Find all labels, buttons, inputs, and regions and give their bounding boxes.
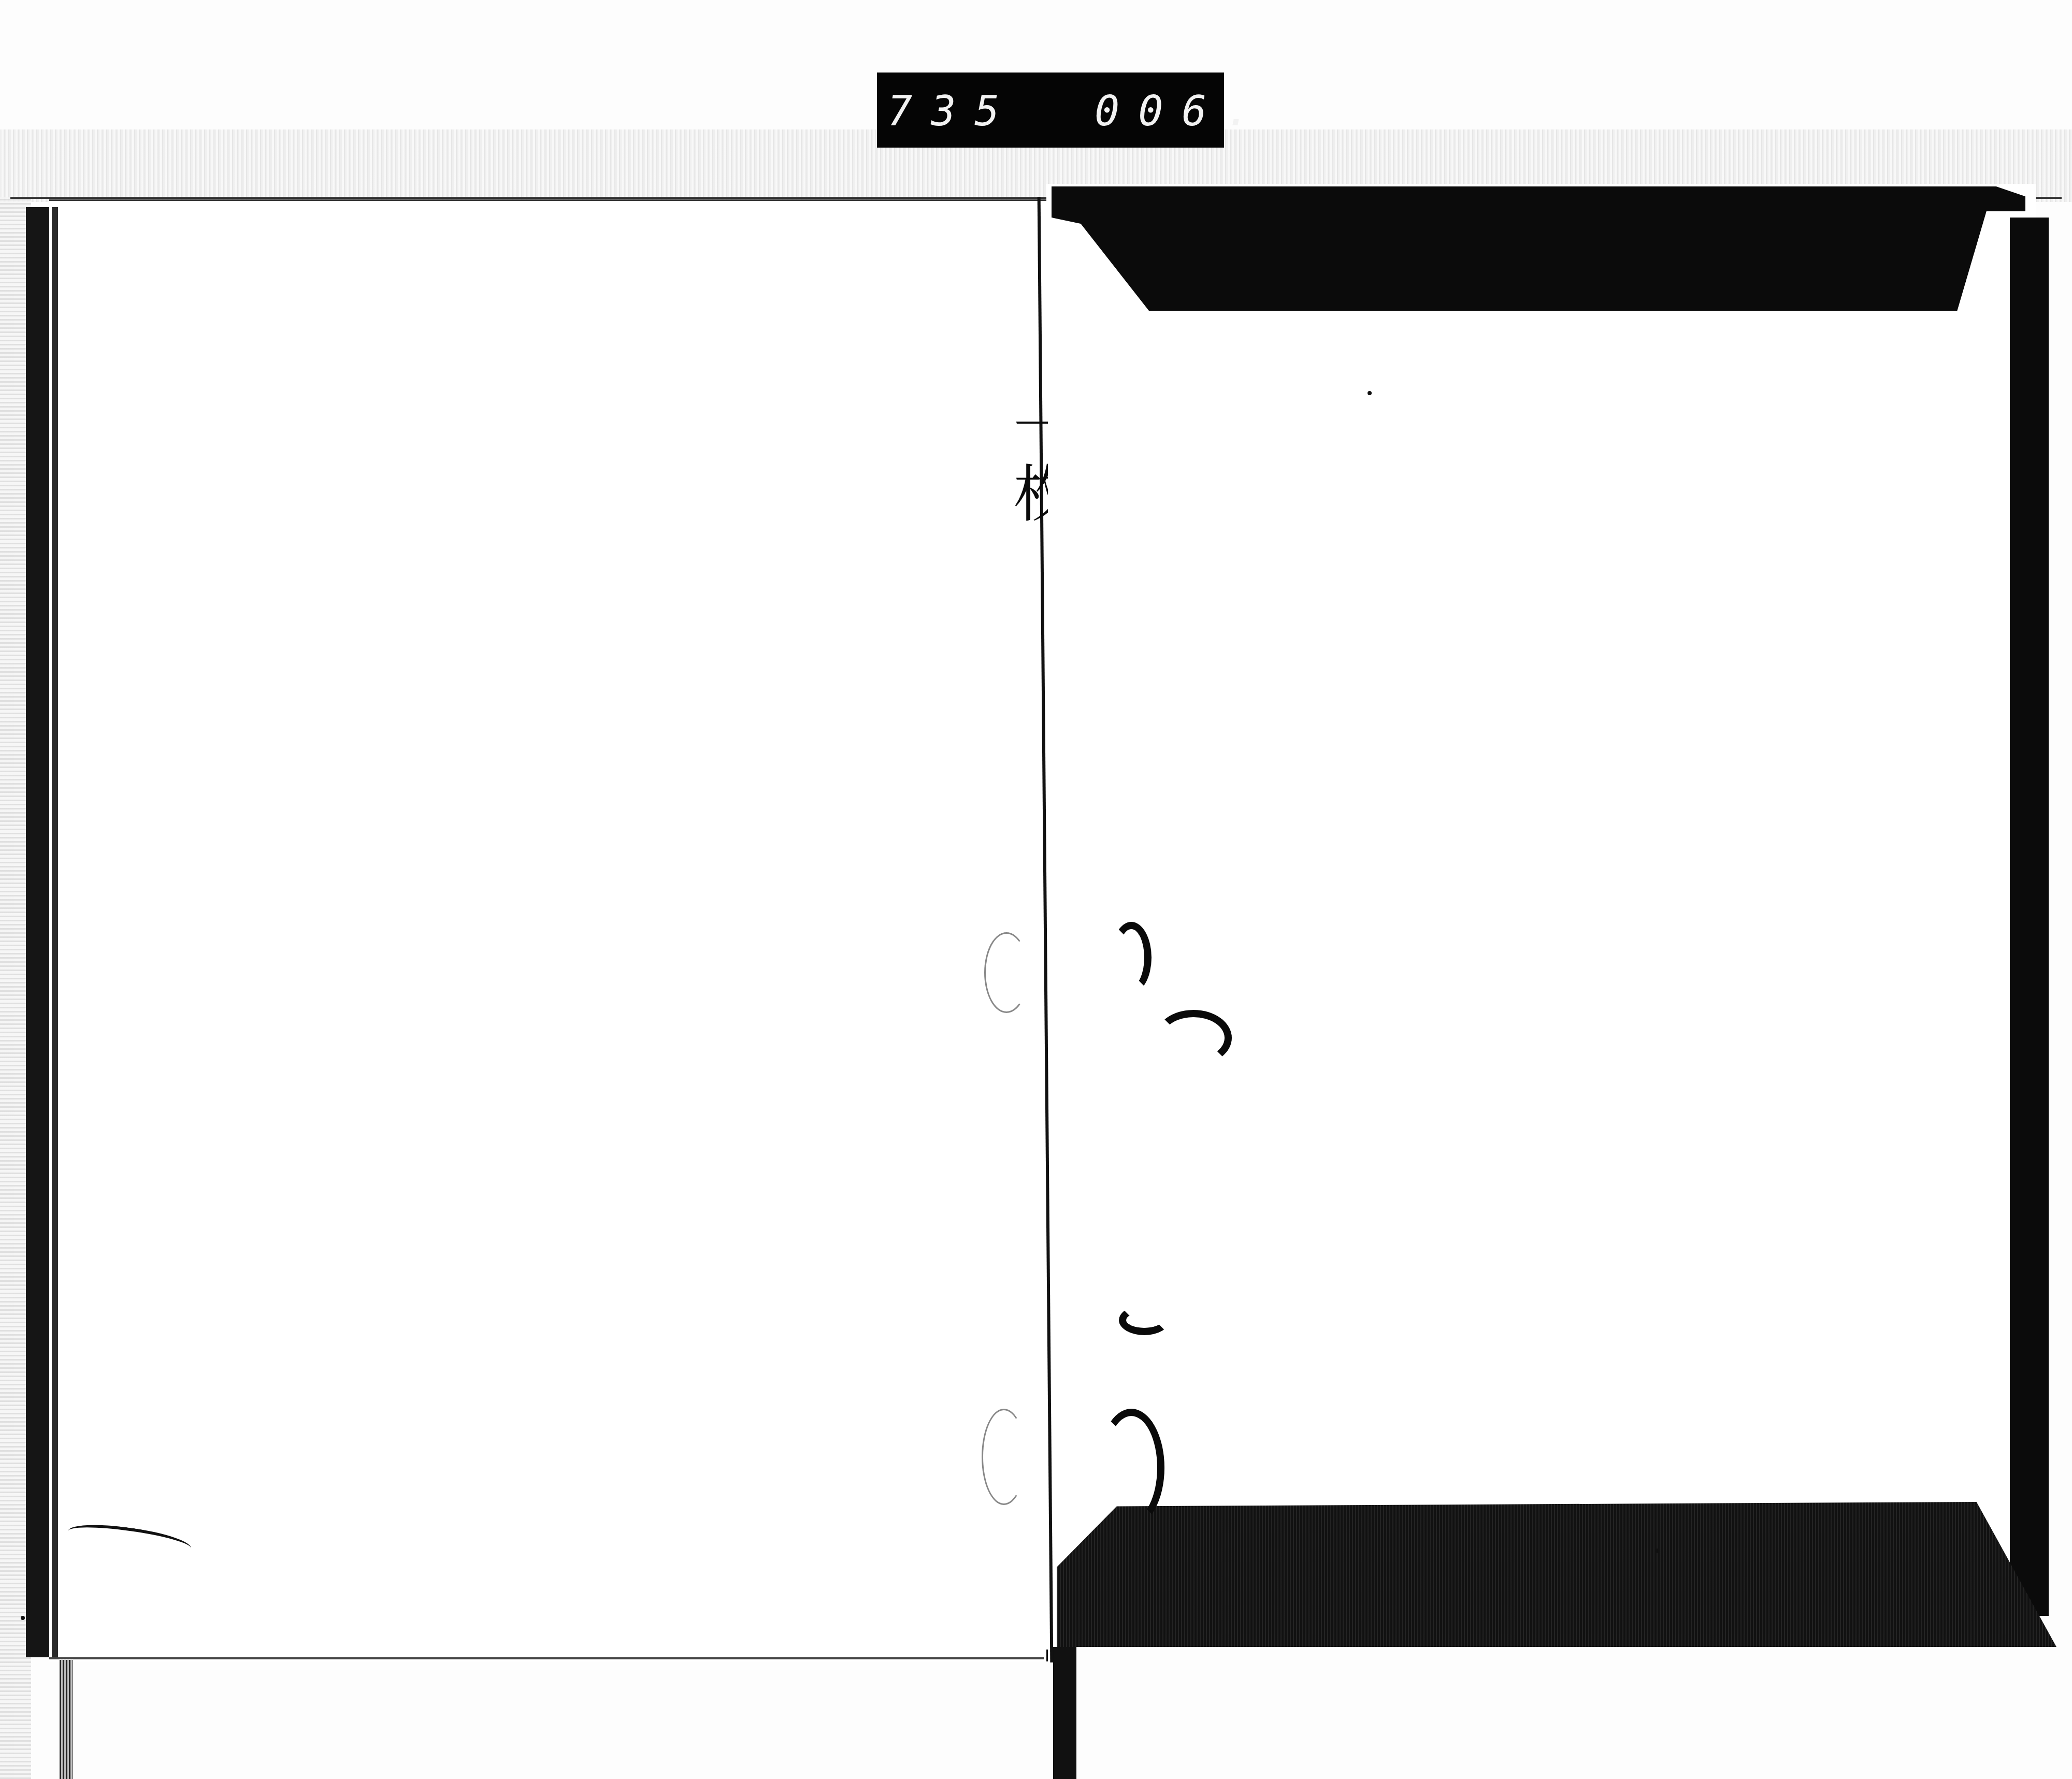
frame-counter: 735 006. <box>877 73 1224 148</box>
speck <box>21 1616 25 1620</box>
reel-number: 735 <box>887 87 1018 135</box>
left-page-bottom-edge <box>49 1657 1044 1659</box>
ink-stroke <box>1155 1010 1232 1066</box>
ink-stroke <box>1098 1409 1164 1527</box>
faint-bleed-through <box>982 1409 1026 1505</box>
right-cover-top-frame <box>1052 186 2025 311</box>
frame-number: 006. <box>1095 87 1269 135</box>
left-page <box>49 199 1048 1661</box>
speck <box>1368 391 1372 395</box>
ink-stroke <box>1111 922 1152 993</box>
right-page <box>1046 184 2036 1650</box>
left-page-stack-edge <box>60 1660 73 1779</box>
right-cover-side-frame <box>2010 218 2049 1616</box>
right-cover-bottom-texture <box>1057 1502 2056 1647</box>
right-spine-bottom <box>1053 1647 1076 1779</box>
speck <box>1655 1549 1659 1553</box>
left-spine-shadow <box>52 207 58 1657</box>
left-cover-edge <box>26 207 49 1657</box>
ink-stroke <box>1119 1305 1170 1335</box>
faint-bleed-through <box>984 932 1029 1013</box>
